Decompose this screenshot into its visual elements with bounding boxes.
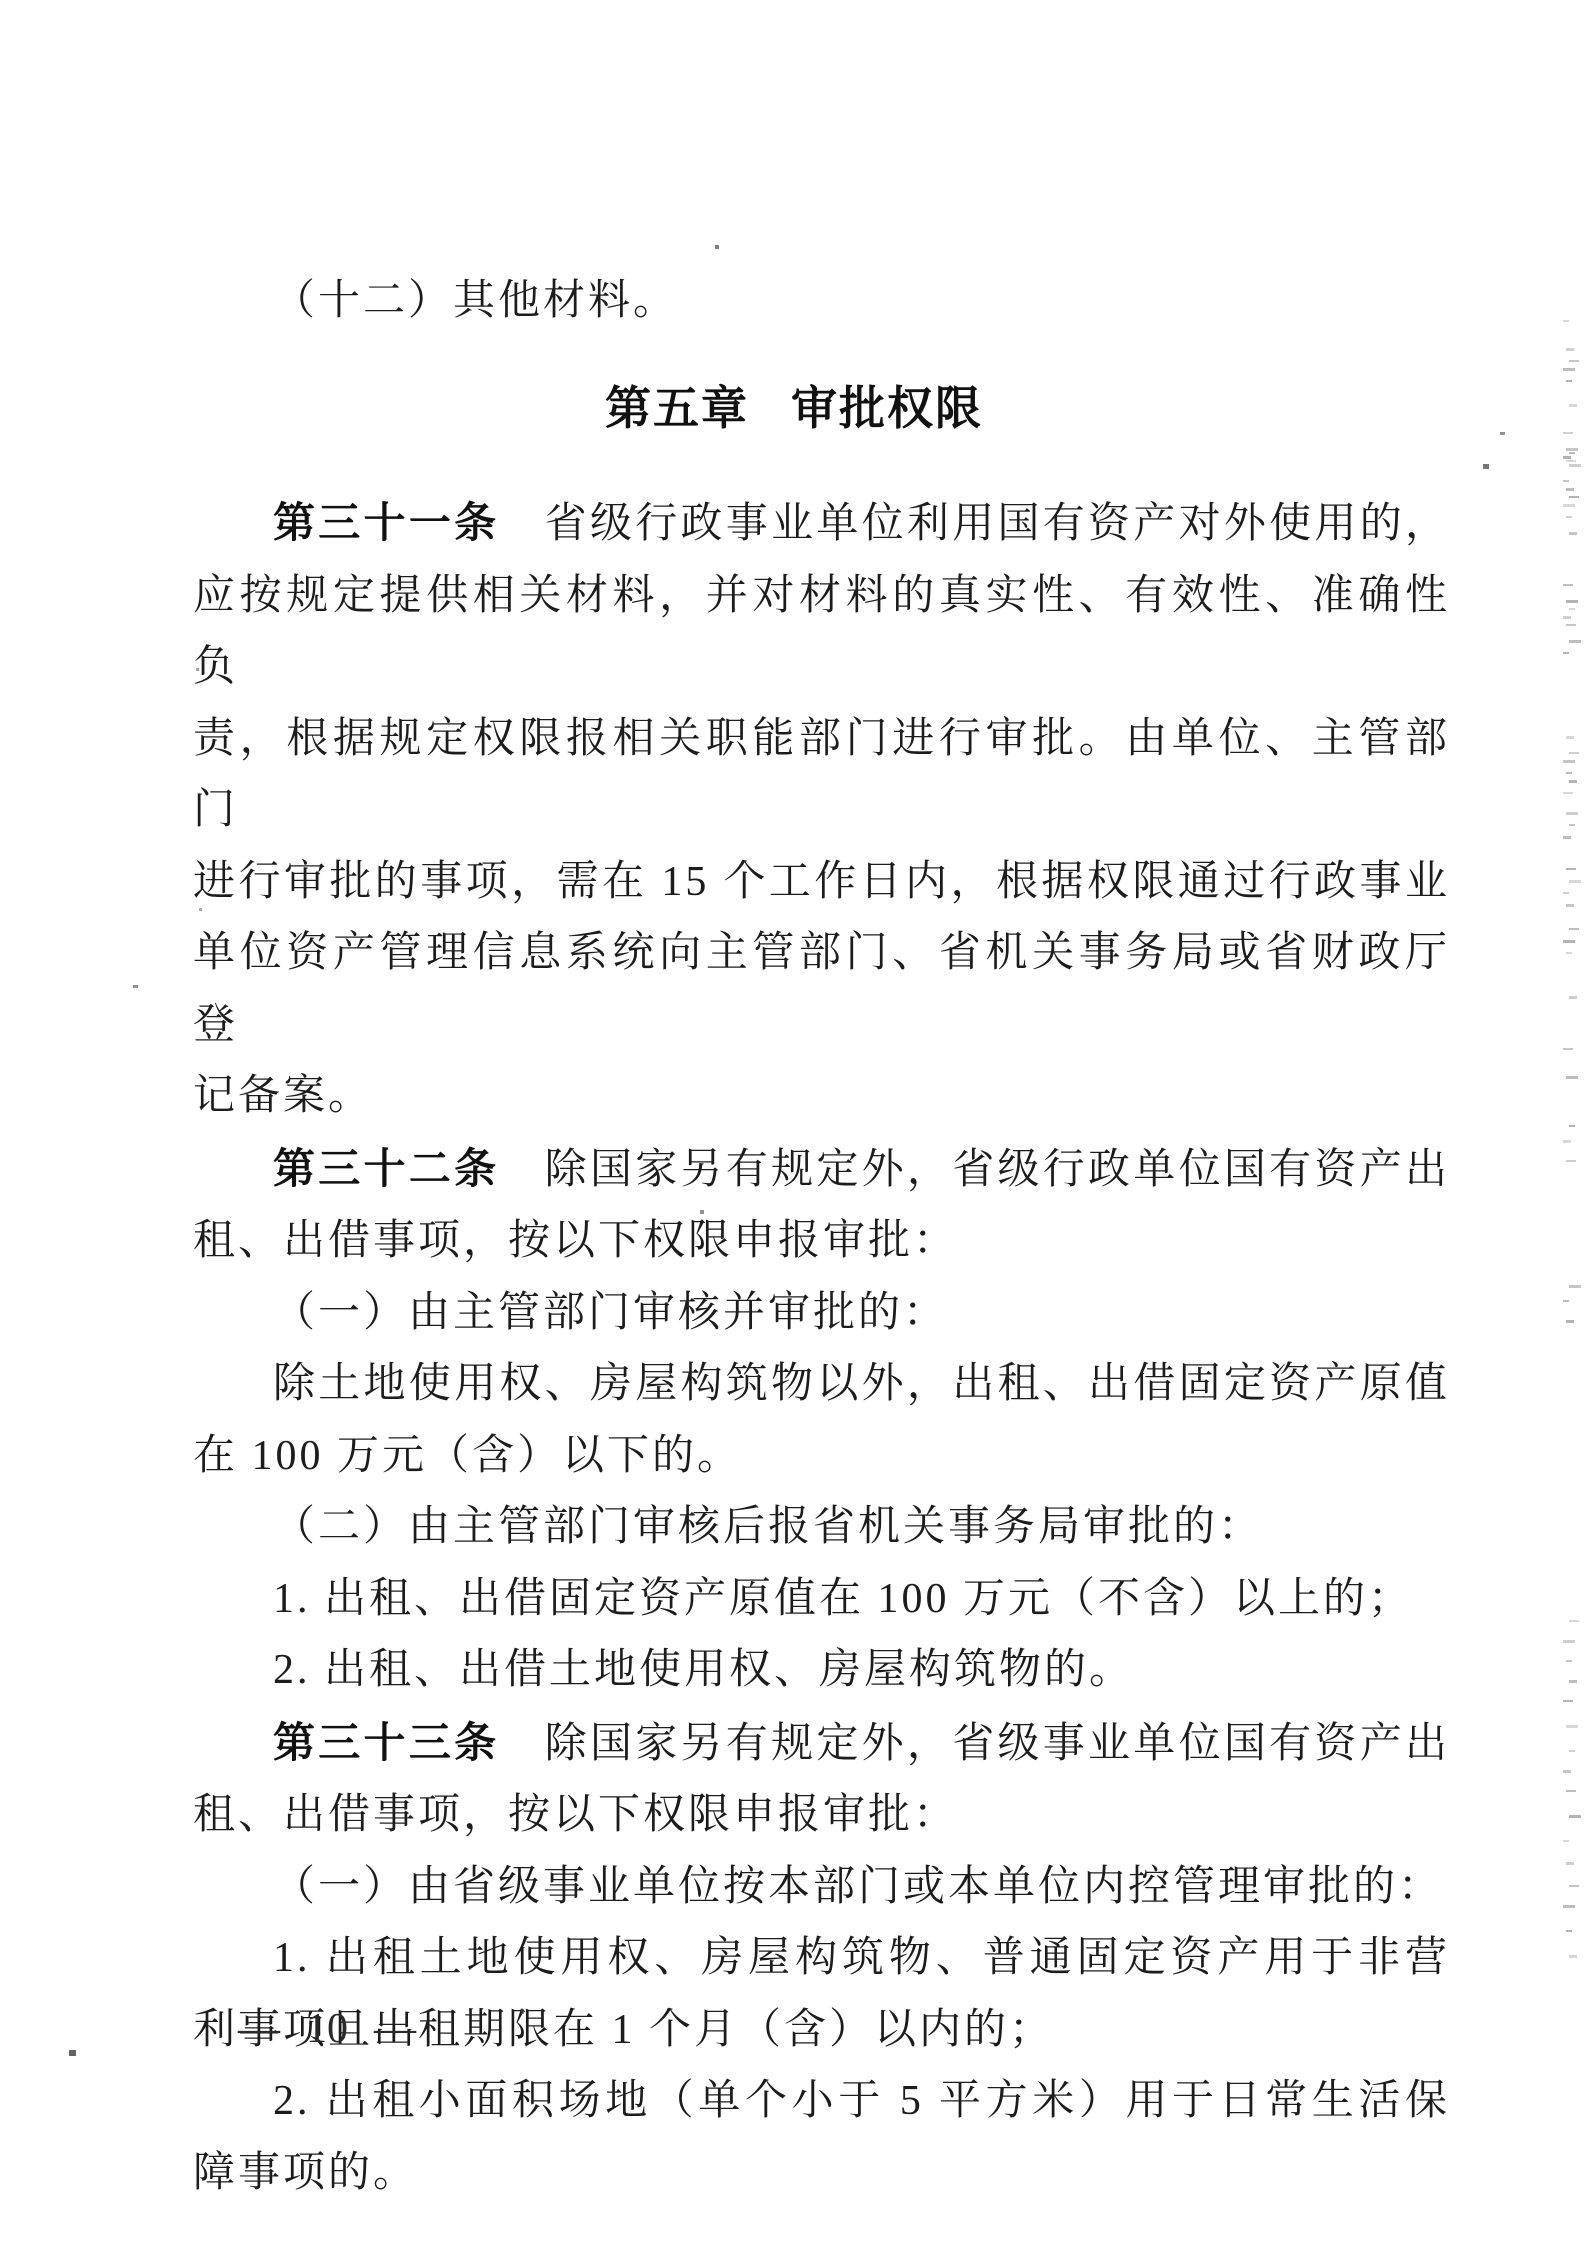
- document-page: （十二）其他材料。 第五章审批权限 第三十一条 省级行政事业单位利用国有资产对外…: [0, 0, 1588, 2244]
- scan-mark: [1566, 736, 1574, 739]
- document-body: 第三十一条 省级行政事业单位利用国有资产对外使用的，应按规定提供相关材料，并对材…: [193, 487, 1450, 2209]
- scan-mark: [1563, 584, 1573, 586]
- scan-mark: [1569, 1885, 1579, 1887]
- page-footer: —10—: [238, 2006, 416, 2052]
- text-line: 第三十三条 除国家另有规定外，省级事业单位国有资产出: [193, 1707, 1450, 1781]
- scan-mark: [1563, 432, 1573, 434]
- scan-mark: [1569, 496, 1579, 498]
- article-number: 第三十二条: [273, 1145, 499, 1192]
- text-line: 1. 出租、出借固定资产原值在 100 万元（不含）以上的；: [193, 1564, 1450, 1636]
- line-text: 单位资产管理信息系统向主管部门、省机关事务局或省财政厅登: [193, 930, 1450, 1048]
- scan-mark: [1563, 1840, 1569, 1842]
- scan-mark: [1566, 868, 1576, 870]
- scan-speck: [133, 985, 138, 988]
- line-text: 除土地使用权、房屋构筑物以外，出租、出借固定资产原值: [273, 1361, 1450, 1407]
- scan-mark: [1569, 1955, 1577, 1958]
- text-line: 2. 出租、出借土地使用权、房屋构筑物的。: [193, 1635, 1450, 1707]
- scan-mark: [1566, 448, 1578, 451]
- page-number: 10: [306, 2006, 348, 2052]
- scan-mark: [1569, 640, 1581, 643]
- scan-mark: [1563, 368, 1575, 371]
- scan-mark: [1566, 460, 1576, 462]
- scan-mark: [1563, 456, 1571, 459]
- scan-mark: [1569, 1285, 1581, 1288]
- scan-mark: [1566, 772, 1572, 774]
- text-line: 单位资产管理信息系统向主管部门、省机关事务局或省财政厅登: [193, 918, 1450, 1061]
- article-number: 第三十一条: [273, 499, 499, 546]
- scan-mark: [1566, 488, 1574, 491]
- scan-mark: [1569, 780, 1577, 783]
- scan-speck: [69, 2050, 76, 2056]
- scan-speck: [521, 2009, 524, 2014]
- line-text: 应按规定提供相关材料，并对材料的真实性、有效性、准确性负: [193, 573, 1450, 691]
- scan-mark: [1566, 624, 1576, 626]
- line-text: 进行审批的事项，需在 15 个工作日内，根据权限通过行政事业: [193, 859, 1450, 905]
- scan-mark: [1569, 996, 1577, 999]
- line-text: 1. 出租土地使用权、房屋构筑物、普通固定资产用于非营: [273, 1935, 1450, 1981]
- scan-speck: [715, 245, 719, 249]
- scan-mark: [1569, 1815, 1581, 1818]
- intro-line: （十二）其他材料。: [193, 266, 1450, 338]
- scan-mark: [1566, 516, 1572, 518]
- scan-mark: [1566, 1725, 1578, 1728]
- scan-mark: [1569, 1620, 1579, 1622]
- text-line: 第三十二条 除国家另有规定外，省级行政单位国有资产出: [193, 1133, 1450, 1207]
- scan-mark: [1569, 404, 1577, 407]
- line-text: 租、出借事项，按以下权限申报审批：: [193, 1218, 958, 1264]
- text-line: 2. 出租小面积场地（单个小于 5 平方米）用于日常生活保: [193, 2066, 1450, 2138]
- scan-mark: [1563, 320, 1569, 322]
- line-text: （一）由省级事业单位按本部门或本单位内控管理审批的：: [273, 1864, 1443, 1910]
- text-line: 租、出借事项，按以下权限申报审批：: [193, 1206, 1450, 1278]
- chapter-heading: 第五章审批权限: [0, 372, 1588, 444]
- scan-mark: [1569, 1750, 1575, 1752]
- scan-mark: [1563, 504, 1575, 507]
- line-text: （一）由主管部门审核并审批的：: [273, 1290, 948, 1336]
- line-text: 省级行政事业单位利用国有资产对外使用的，: [499, 501, 1450, 547]
- line-text: 责，根据规定权限报相关职能部门进行审批。由单位、主管部门: [193, 716, 1450, 834]
- line-text: 2. 出租、出借土地使用权、房屋构筑物的。: [273, 1647, 1134, 1693]
- scan-mark: [1566, 812, 1578, 815]
- text-line: 进行审批的事项，需在 15 个工作日内，根据权限通过行政事业: [193, 847, 1450, 919]
- scan-mark: [1563, 1300, 1569, 1302]
- scan-mark: [1566, 1076, 1578, 1079]
- footer-dash-left: —: [238, 2006, 280, 2052]
- line-text: 1. 出租、出借固定资产原值在 100 万元（不含）以上的；: [273, 1576, 1413, 1622]
- chapter-number: 第五章: [605, 382, 749, 434]
- text-line: 应按规定提供相关材料，并对材料的真实性、有效性、准确性负: [193, 561, 1450, 704]
- scan-mark: [1563, 616, 1571, 619]
- scan-mark: [1563, 940, 1575, 943]
- text-line: 障事项的。: [193, 2138, 1450, 2210]
- line-text: 障事项的。: [193, 2150, 418, 2196]
- footer-dash-right: —: [374, 2006, 416, 2052]
- text-line: （一）由省级事业单位按本部门或本单位内控管理审批的：: [193, 1852, 1450, 1924]
- chapter-title: 审批权限: [791, 382, 983, 434]
- scan-speck: [196, 668, 199, 671]
- text-line: 在 100 万元（含）以下的。: [193, 1421, 1450, 1493]
- line-text: 在 100 万元（含）以下的。: [193, 1433, 742, 1479]
- scan-mark: [1566, 1660, 1572, 1662]
- line-text: 2. 出租小面积场地（单个小于 5 平方米）用于日常生活保: [273, 2078, 1450, 2124]
- scan-mark: [1566, 1160, 1576, 1162]
- line-text: 记备案。: [193, 1073, 373, 1119]
- scan-speck: [1500, 432, 1505, 435]
- text-line: 1. 出租土地使用权、房屋构筑物、普通固定资产用于非营: [193, 1923, 1450, 1995]
- scan-mark: [1566, 952, 1572, 954]
- scan-mark: [1569, 360, 1579, 362]
- scan-mark: [1563, 1048, 1573, 1050]
- scan-speck: [1483, 464, 1489, 469]
- line-text: 租、出借事项，按以下权限申报审批：: [193, 1792, 958, 1838]
- scan-mark: [1563, 1140, 1571, 1143]
- scan-mark: [1566, 348, 1574, 351]
- line-text: 除国家另有规定外，省级事业单位国有资产出: [499, 1721, 1450, 1767]
- text-line: 责，根据规定权限报相关职能部门进行审批。由单位、主管部门: [193, 704, 1450, 847]
- scan-mark: [1566, 1930, 1572, 1932]
- scan-mark: [1563, 836, 1571, 839]
- scan-mark: [1569, 1680, 1577, 1683]
- scan-mark: [1566, 380, 1572, 382]
- article-number: 第三十三条: [273, 1719, 499, 1766]
- scan-mark: [1569, 824, 1575, 826]
- text-line: 租、出借事项，按以下权限申报审批：: [193, 1780, 1450, 1852]
- scan-mark: [1563, 792, 1573, 794]
- text-line: （一）由主管部门审核并审批的：: [193, 1278, 1450, 1350]
- scan-mark: [1569, 1125, 1575, 1127]
- scan-mark: [1566, 904, 1574, 907]
- text-line: （二）由主管部门审核后报省机关事务局审批的：: [193, 1492, 1450, 1564]
- scan-mark: [1569, 880, 1581, 883]
- scan-speck: [700, 1210, 704, 1214]
- scan-mark: [1563, 652, 1569, 654]
- scan-mark: [1569, 928, 1579, 930]
- scan-mark: [1569, 452, 1575, 454]
- scan-mark: [1566, 600, 1578, 603]
- scan-mark: [1563, 480, 1569, 482]
- scan-mark: [1563, 760, 1575, 763]
- scan-mark: [1563, 1770, 1571, 1773]
- scan-mark: [1563, 892, 1569, 894]
- scan-mark: [1569, 608, 1575, 610]
- scan-mark: [1569, 532, 1577, 535]
- scan-mark: [1566, 1862, 1574, 1865]
- scan-mark: [1566, 1320, 1574, 1323]
- scan-mark: [1566, 1790, 1576, 1792]
- line-text: （二）由主管部门审核后报省机关事务局审批的：: [273, 1504, 1263, 1550]
- scan-mark: [1569, 464, 1581, 467]
- text-line: 记备案。: [193, 1061, 1450, 1133]
- scan-mark: [1569, 752, 1579, 754]
- text-line: 第三十一条 省级行政事业单位利用国有资产对外使用的，: [193, 487, 1450, 561]
- scan-speck: [199, 908, 202, 911]
- line-text: 除国家另有规定外，省级行政单位国有资产出: [499, 1147, 1450, 1193]
- scan-mark: [1563, 1905, 1575, 1908]
- scan-mark: [1563, 1700, 1573, 1702]
- scan-mark: [1563, 1640, 1575, 1643]
- text-line: 除土地使用权、房屋构筑物以外，出租、出借固定资产原值: [193, 1349, 1450, 1421]
